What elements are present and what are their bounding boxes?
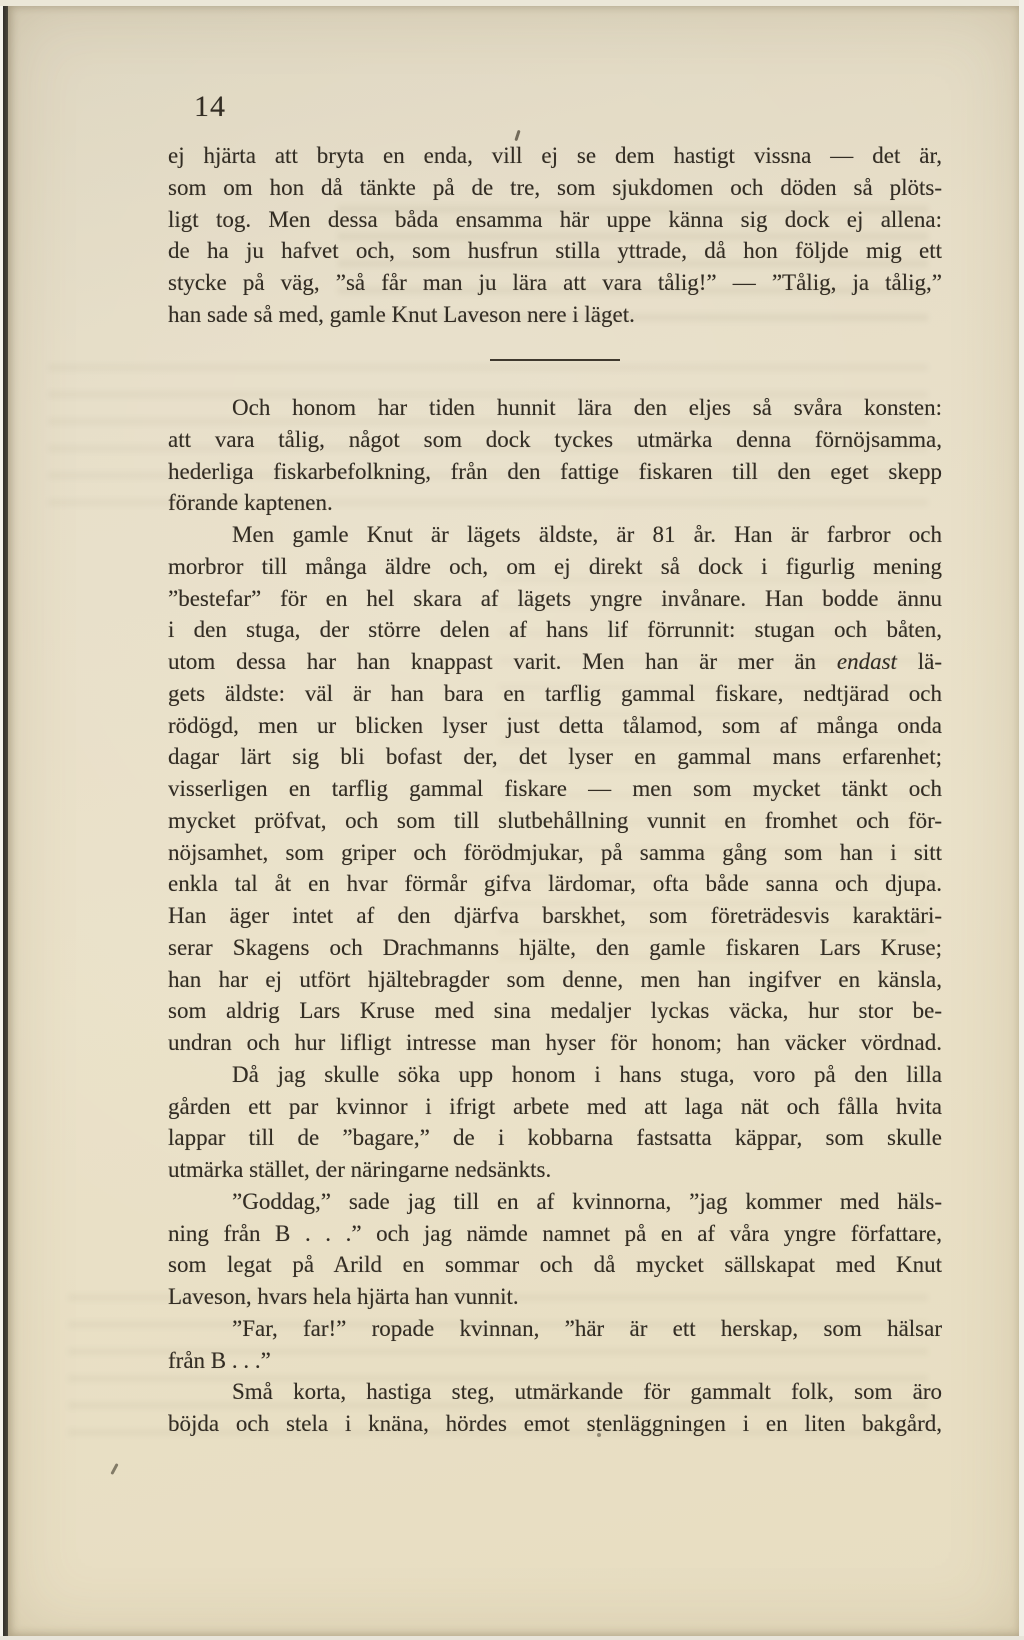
text-segment: som legat på Arild en sommar och då myck…	[168, 1252, 942, 1277]
text-line: Laveson, hvars hela hjärta han vunnit.	[168, 1281, 942, 1313]
text-segment: i den stuga, der större delen af hans li…	[168, 617, 942, 642]
text-line: utom dessa har han knappast varit. Men h…	[168, 646, 942, 678]
text-line: ligt tog. Men dessa båda ensamma här upp…	[168, 204, 942, 236]
text-line: Då jag skulle söka upp honom i hans stug…	[168, 1059, 942, 1091]
scan-edge-bottom	[0, 1636, 1024, 1640]
text-segment: han har ej utfört hjältebragder som denn…	[168, 967, 942, 992]
text-segment: visserligen en tarflig gammal fiskare — …	[168, 776, 942, 801]
text-segment: han sade så med, gamle Knut Laveson nere…	[168, 302, 635, 327]
text-segment: de ha ju hafvet och, som husfrun stilla …	[168, 238, 942, 263]
text-line: utmärka stället, der näringarne nedsänkt…	[168, 1154, 942, 1186]
text-line: gården ett par kvinnor i ifrigt arbete m…	[168, 1091, 942, 1123]
paragraph: ”Far, far!” ropade kvinnan, ”här är ett …	[168, 1313, 942, 1377]
text-line: rödögd, men ur blicken lyser just detta …	[168, 710, 942, 742]
text-segment: Små korta, hastiga steg, utmärkande för …	[232, 1379, 942, 1404]
text-segment: lä-	[897, 649, 942, 674]
text-line: Men gamle Knut är lägets äldste, är 81 å…	[168, 519, 942, 551]
text-line: böjda och stela i knäna, hördes emot ste…	[168, 1408, 942, 1440]
text-line: lappar till de ”bagare,” de i kobbarna f…	[168, 1122, 942, 1154]
text-segment: Laveson, hvars hela hjärta han vunnit.	[168, 1284, 519, 1309]
text-segment: som aldrig Lars Kruse med sina medaljer …	[168, 998, 942, 1023]
page-number: 14	[194, 90, 226, 125]
text-line: han har ej utfört hjältebragder som denn…	[168, 964, 942, 996]
paragraph: ”Goddag,” sade jag till en af kvinnorna,…	[168, 1186, 942, 1313]
text-segment: förande kaptenen.	[168, 490, 333, 515]
text-segment: ej hjärta att bryta en enda, vill ej se …	[168, 143, 942, 168]
ink-speck	[110, 1463, 118, 1475]
text-segment: Han äger intet af den djärfva barskhet, …	[168, 903, 942, 928]
text-segment: hederliga fiskarbefolkning, från den fat…	[168, 459, 942, 484]
text-line: ”Goddag,” sade jag till en af kvinnorna,…	[168, 1186, 942, 1218]
text-line: enkla tal åt en hvar förmår gifva lärdom…	[168, 868, 942, 900]
scanned-page: 14 ej hjärta att bryta en enda, vill ej …	[0, 0, 1024, 1640]
text-segment: Men gamle Knut är lägets äldste, är 81 å…	[232, 522, 942, 547]
text-line: ej hjärta att bryta en enda, vill ej se …	[168, 140, 942, 172]
text-line: hederliga fiskarbefolkning, från den fat…	[168, 456, 942, 488]
text-line: Han äger intet af den djärfva barskhet, …	[168, 900, 942, 932]
text-line: Och honom har tiden hunnit lära den elje…	[168, 392, 942, 424]
text-segment: ning från B . . .” och jag nämde namnet …	[168, 1221, 942, 1246]
text-line: mycket pröfvat, och som till slutbehålln…	[168, 805, 942, 837]
text-segment: morbror till många äldre och, om ej dire…	[168, 554, 942, 579]
text-line: från B . . .”	[168, 1345, 942, 1377]
text-segment: rödögd, men ur blicken lyser just detta …	[168, 713, 942, 738]
text-segment: Och honom har tiden hunnit lära den elje…	[232, 395, 942, 420]
book-page: 14 ej hjärta att bryta en enda, vill ej …	[8, 6, 1019, 1636]
text-segment: undran och hur lifligt intresse man hyse…	[168, 1030, 942, 1055]
text-line: de ha ju hafvet och, som husfrun stilla …	[168, 235, 942, 267]
text-segment: serar Skagens och Drachmanns hjälte, den…	[168, 935, 942, 960]
text-line: som legat på Arild en sommar och då myck…	[168, 1249, 942, 1281]
text-segment: lappar till de ”bagare,” de i kobbarna f…	[168, 1125, 942, 1150]
text-segment: Då jag skulle söka upp honom i hans stug…	[232, 1062, 942, 1087]
scan-edge-right	[1019, 0, 1024, 1640]
text-line: nöjsamhet, som griper och förödmjukar, p…	[168, 837, 942, 869]
italic-text: endast	[837, 649, 897, 674]
text-line: ”bestefar” för en hel skara af lägets yn…	[168, 583, 942, 615]
text-segment: gets äldste: väl är han bara en tarflig …	[168, 681, 942, 706]
text-segment: gården ett par kvinnor i ifrigt arbete m…	[168, 1094, 942, 1119]
text-line: serar Skagens och Drachmanns hjälte, den…	[168, 932, 942, 964]
text-segment: ”Far, far!” ropade kvinnan, ”här är ett …	[232, 1316, 942, 1341]
text-line: han sade så med, gamle Knut Laveson nere…	[168, 299, 942, 331]
text-line: morbror till många äldre och, om ej dire…	[168, 551, 942, 583]
text-segment: ligt tog. Men dessa båda ensamma här upp…	[168, 207, 942, 232]
paragraph: Men gamle Knut är lägets äldste, är 81 å…	[168, 519, 942, 1059]
paragraph: Och honom har tiden hunnit lära den elje…	[168, 392, 942, 519]
text-line: ning från B . . .” och jag nämde namnet …	[168, 1218, 942, 1250]
text-segment: utom dessa har han knappast varit. Men h…	[168, 649, 837, 674]
text-line: gets äldste: väl är han bara en tarflig …	[168, 678, 942, 710]
text-line: dagar lärt sig bli bofast der, det lyser…	[168, 741, 942, 773]
text-line: Små korta, hastiga steg, utmärkande för …	[168, 1376, 942, 1408]
text-segment: stycke på väg, ”så får man ju lära att v…	[168, 270, 942, 295]
text-line: visserligen en tarflig gammal fiskare — …	[168, 773, 942, 805]
page-text: ej hjärta att bryta en enda, vill ej se …	[168, 140, 942, 1440]
text-segment: nöjsamhet, som griper och förödmjukar, p…	[168, 840, 942, 865]
text-segment: enkla tal åt en hvar förmår gifva lärdom…	[168, 871, 942, 896]
text-line: förande kaptenen.	[168, 487, 942, 519]
text-segment: böjda och stela i knäna, hördes emot ste…	[168, 1411, 942, 1436]
paragraph: ej hjärta att bryta en enda, vill ej se …	[168, 140, 942, 331]
text-line: undran och hur lifligt intresse man hyse…	[168, 1027, 942, 1059]
text-segment: ”Goddag,” sade jag till en af kvinnorna,…	[232, 1189, 942, 1214]
text-line: som om hon då tänkte på de tre, som sjuk…	[168, 172, 942, 204]
text-line: i den stuga, der större delen af hans li…	[168, 614, 942, 646]
text-line: stycke på väg, ”så får man ju lära att v…	[168, 267, 942, 299]
text-line: som aldrig Lars Kruse med sina medaljer …	[168, 995, 942, 1027]
text-line: att vara tålig, något som dock tyckes ut…	[168, 424, 942, 456]
text-segment: mycket pröfvat, och som till slutbehålln…	[168, 808, 942, 833]
section-divider	[490, 359, 620, 361]
paragraph: Då jag skulle söka upp honom i hans stug…	[168, 1059, 942, 1186]
text-segment: dagar lärt sig bli bofast der, det lyser…	[168, 744, 942, 769]
text-line: ”Far, far!” ropade kvinnan, ”här är ett …	[168, 1313, 942, 1345]
text-segment: utmärka stället, der näringarne nedsänkt…	[168, 1157, 551, 1182]
paragraph: Små korta, hastiga steg, utmärkande för …	[168, 1376, 942, 1440]
text-segment: som om hon då tänkte på de tre, som sjuk…	[168, 175, 942, 200]
text-segment: från B . . .”	[168, 1348, 271, 1373]
text-segment: ”bestefar” för en hel skara af lägets yn…	[168, 586, 942, 611]
text-segment: att vara tålig, något som dock tyckes ut…	[168, 427, 942, 452]
